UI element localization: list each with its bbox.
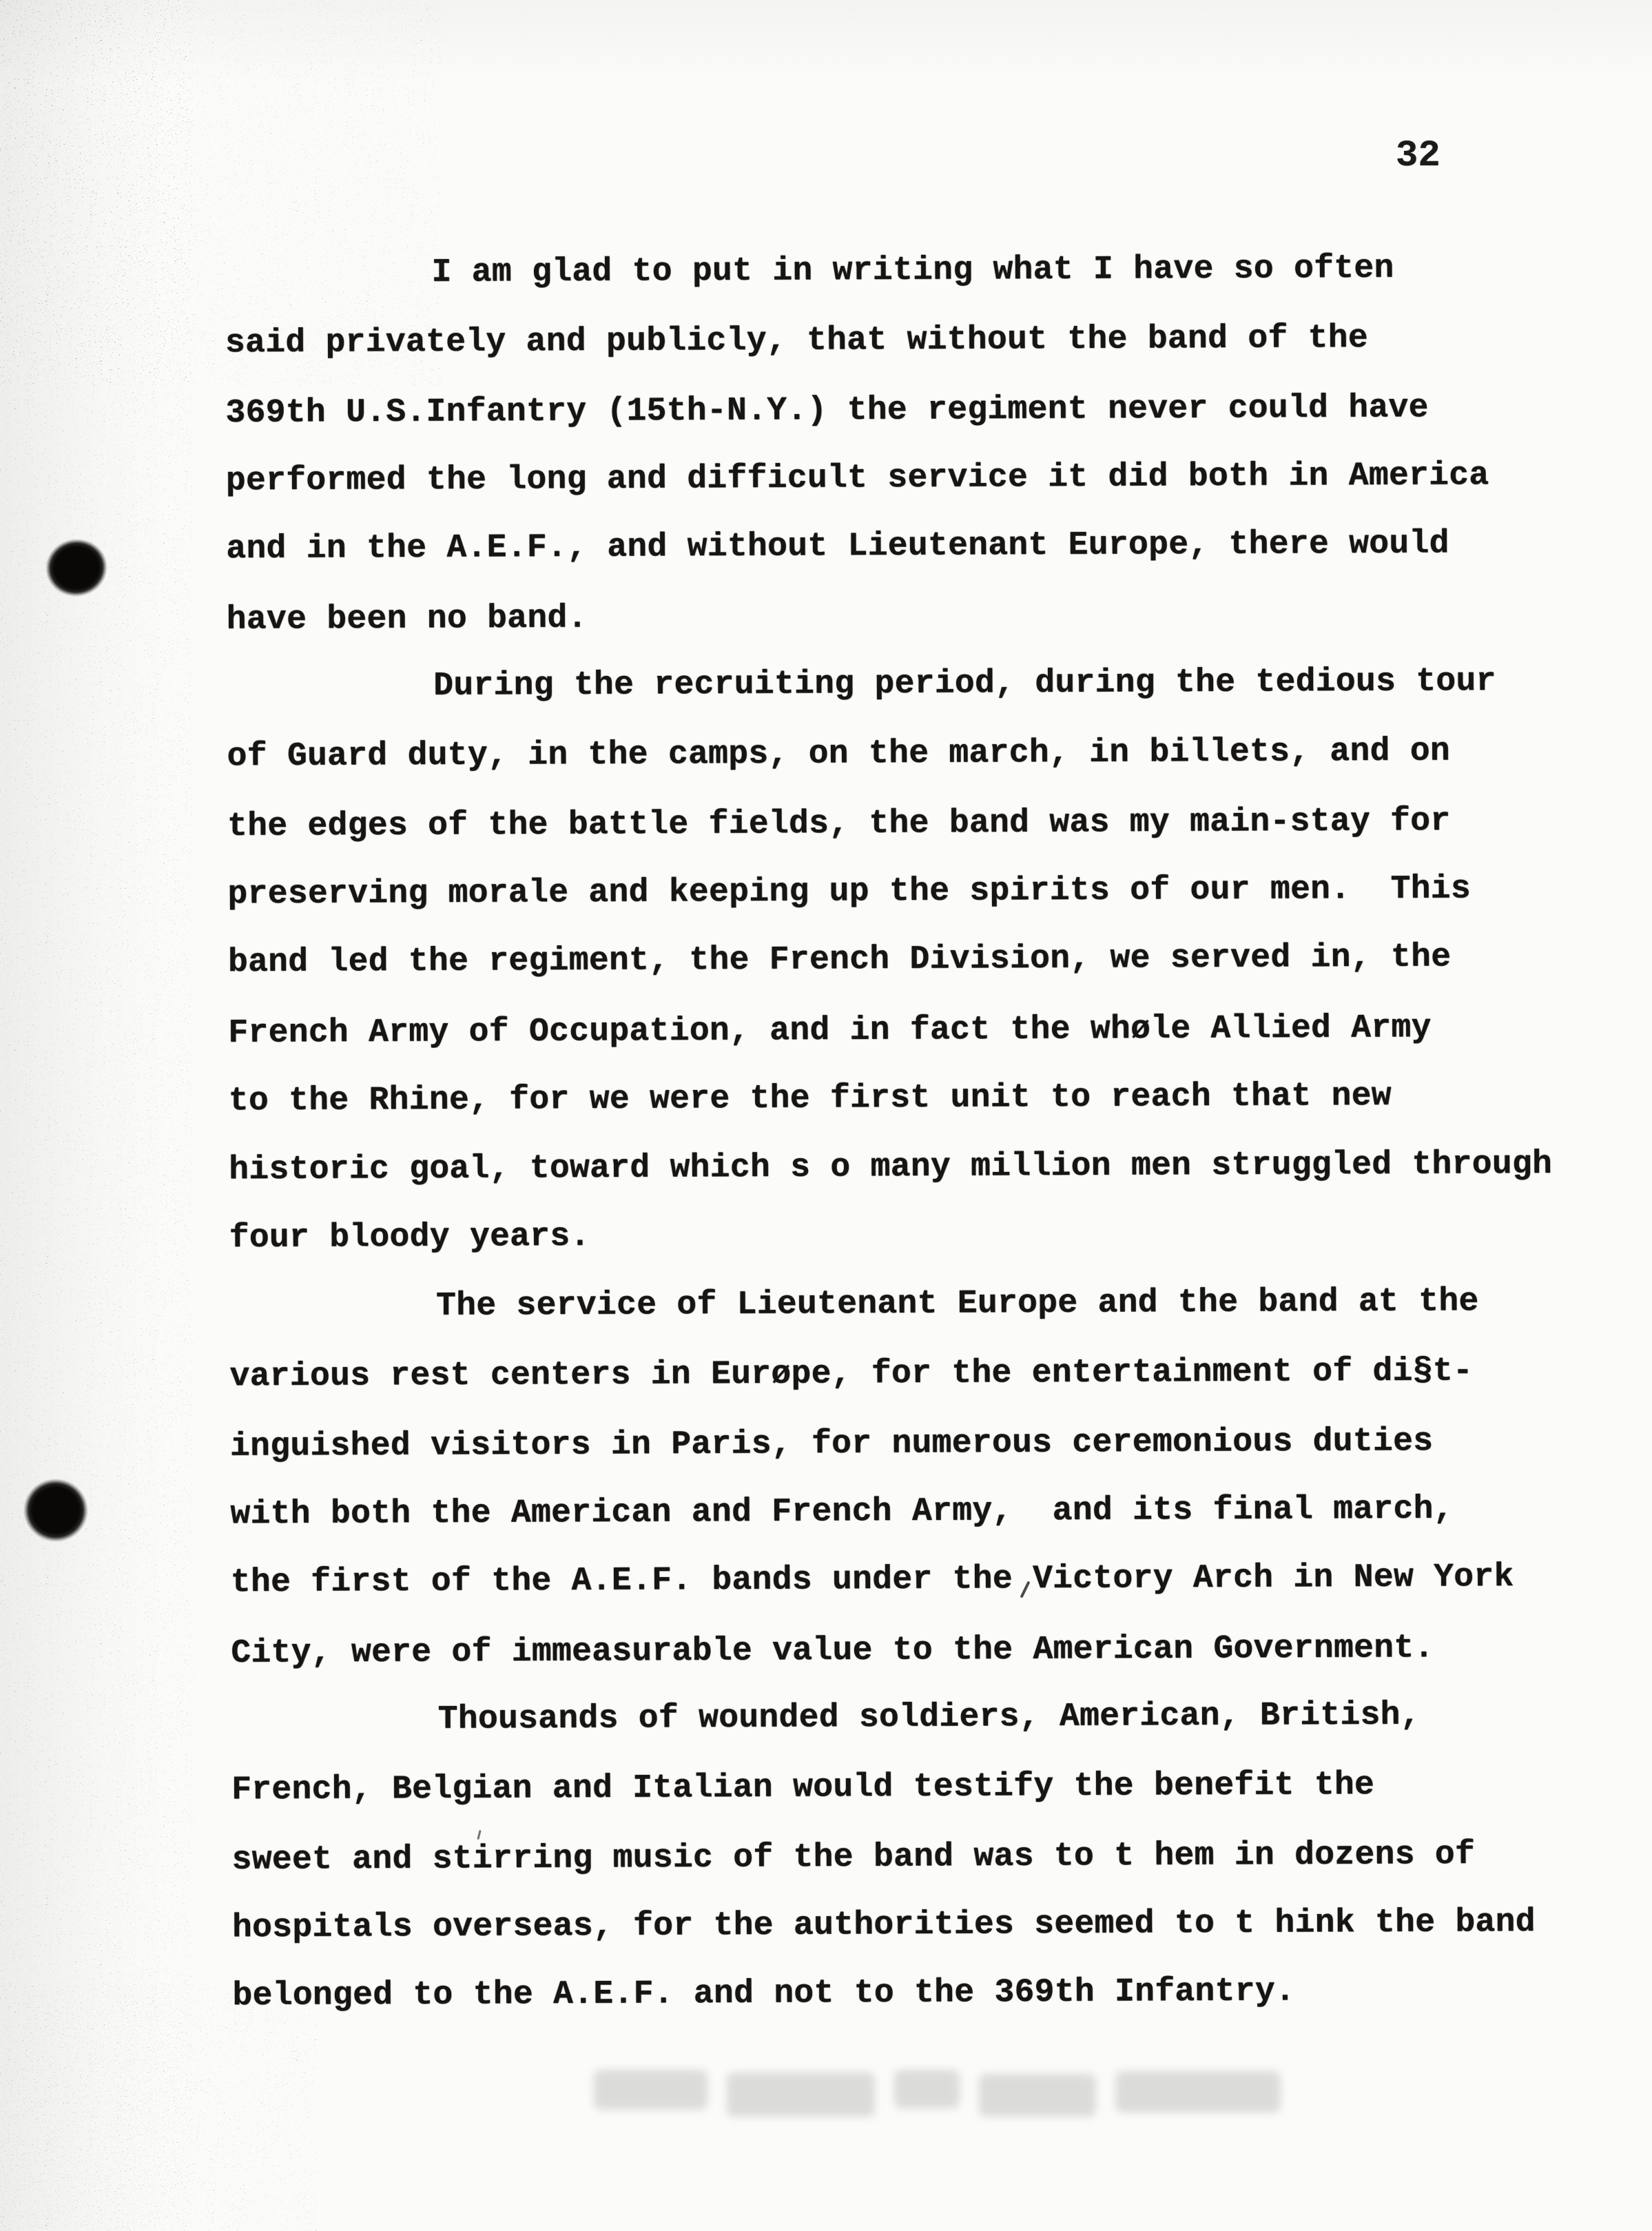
text-line: performed the long and difficult service…: [226, 441, 1576, 516]
text-line: preserving morale and keeping up the spi…: [227, 854, 1578, 929]
bleed-blob: [594, 2070, 708, 2110]
text-line: sweet and stirring music of the band was…: [231, 1820, 1582, 1895]
text-line: historic goal, toward which s o many mil…: [229, 1130, 1579, 1205]
text-line: inguished visitors in Paris, for numerou…: [230, 1406, 1580, 1481]
text-line: I am glad to put in writing what I have …: [225, 234, 1575, 309]
text-line: band led the regiment, the French Divisi…: [228, 923, 1578, 998]
ink-blot: [42, 535, 112, 601]
text-line: have been no band.: [227, 579, 1577, 655]
text-line: four bloody years.: [229, 1198, 1579, 1273]
bleed-blob: [727, 2073, 875, 2117]
text-line: hospitals overseas, for the authorities …: [232, 1888, 1582, 1963]
page-bleed-through: [594, 2070, 1281, 2117]
text-line: the edges of the battle fields, the band…: [227, 786, 1578, 861]
text-line: Thousands of wounded soldiers, American,…: [231, 1680, 1581, 1756]
ink-blot: [21, 1476, 91, 1545]
text-line: belonged to the A.E.F. and not to the 36…: [232, 1956, 1582, 2031]
paragraph-4: Thousands of wounded soldiers, American,…: [231, 1681, 1582, 2032]
bleed-blob: [1115, 2071, 1281, 2112]
paragraph-1: I am glad to put in writing what I have …: [225, 234, 1577, 654]
text-line: of Guard duty, in the camps, on the marc…: [227, 717, 1577, 792]
page-number: 32: [1396, 135, 1441, 177]
bleed-blob: [894, 2070, 960, 2108]
scanned-document-page: 32 I am glad to put in writing what I ha…: [0, 0, 1652, 2231]
text-line: French, Belgian and Italian would testif…: [231, 1750, 1582, 1825]
paragraph-2: During the recruiting period, during the…: [227, 648, 1580, 1274]
text-line: said privately and publicly, that withou…: [225, 303, 1576, 378]
text-line: During the recruiting period, during the…: [227, 647, 1577, 722]
letter-body: I am glad to put in writing what I have …: [225, 234, 1582, 2032]
scan-edge-shading-top: [0, 0, 1652, 83]
scan-edge-shading: [0, 0, 165, 2231]
text-line: and in the A.E.F., and without Lieutenan…: [226, 509, 1576, 584]
text-line: City, were of immeasurable value to the …: [231, 1613, 1581, 1688]
bleed-blob: [979, 2074, 1096, 2117]
paragraph-3: The service of Lieutenant Europe and the…: [229, 1268, 1582, 1687]
text-line: with both the American and French Army, …: [230, 1474, 1580, 1550]
text-line: various rest centers in Eurøpe, for the …: [229, 1337, 1580, 1412]
text-line: The service of Lieutenant Europe and the…: [229, 1267, 1580, 1342]
text-line: the first of the A.E.F. bands under the …: [231, 1543, 1581, 1618]
text-line: French Army of Occupation, and in fact t…: [228, 993, 1578, 1068]
text-line: to the Rhine, for we were the first unit…: [229, 1061, 1579, 1136]
text-line: 369th U.S.Infantry (15th-N.Y.) the regim…: [225, 373, 1576, 448]
